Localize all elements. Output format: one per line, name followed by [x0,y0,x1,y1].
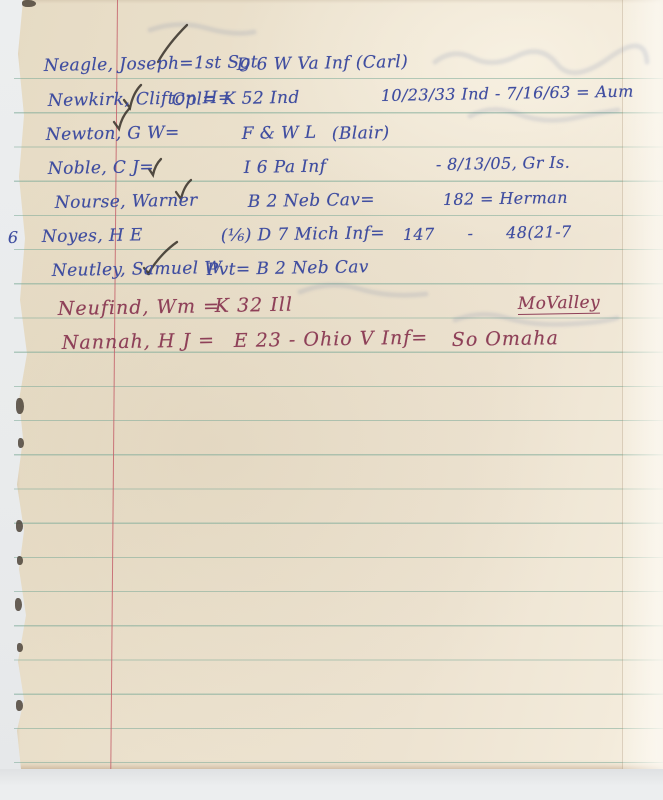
entry-notes: 182 = Herman [443,190,568,208]
torn-edge-speck [17,556,23,565]
entry-name: Neagle, Joseph=1st Sgt [44,54,258,75]
entry-name: Neutley, Samuel W [52,260,223,280]
torn-edge-speck [16,520,23,532]
torn-edge-speck [17,643,23,652]
entry-unit: I 6 Pa Inf [244,159,327,177]
torn-edge-speck [15,598,22,611]
entry-unit: E 23 - Ohio V Inf= [234,329,429,351]
entry-location: So Omaha [452,329,559,350]
entry-notes: (Blair) [332,125,390,143]
entry-unit: F & W L [242,125,317,143]
entry-name: Nannah, H J = [62,331,216,353]
torn-edge-speck [16,398,24,414]
entry-unit: Cpl= K 52 Ind [172,90,300,109]
torn-edge-speck [16,700,23,711]
torn-edge-speck [18,438,24,448]
scanner-background [0,769,663,800]
entry-margin-number: 6 [8,230,19,246]
entry-name: Neufind, Wm = [58,297,221,319]
entry-unit: K 32 Ill [215,296,293,316]
entry-unit: B 2 Neb Cav= [248,192,375,211]
torn-edge-speck [22,0,36,7]
entry-notes: - 8/13/05, Gr Is. [436,155,571,173]
entry-unit: D 6 W Va Inf (Carl) [237,54,409,74]
entry-name: Nourse, Warner [55,193,198,212]
entry-notes: 10/23/33 Ind - 7/16/63 = Aum [381,84,634,104]
entry-name: Newton, G W= [46,125,180,144]
entry-name: Noble, C J= [48,159,154,178]
entry-notes: 147 - 48(21-7 [403,224,572,243]
page-right-edge [623,0,663,769]
entry-name: Noyes, H E [42,227,143,246]
entry-location: MoValley [518,295,601,315]
entry-unit: Pvt= B 2 Neb Cav [207,259,369,279]
scanned-ledger-page: { "document": { "kind": "handwritten rul… [0,0,663,800]
entry-unit: (⅙) D 7 Mich Inf= [221,225,385,245]
